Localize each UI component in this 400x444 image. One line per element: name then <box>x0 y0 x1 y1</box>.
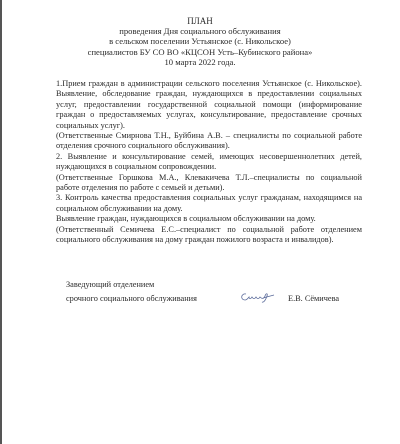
paragraph-7: (Ответственный Семичева Е.С.–специалист … <box>56 225 362 246</box>
paragraph-5: 3. Контроль качества предоставления соци… <box>56 193 362 214</box>
position-line-2: срочного социального обслуживания <box>66 294 226 304</box>
header-line-1: проведения Дня социального обслуживания <box>0 26 400 36</box>
paragraph-1: 1.Прием граждан в администрации сельског… <box>56 79 362 131</box>
signature-block: Заведующий отделением срочного социально… <box>66 280 366 304</box>
document-title: ПЛАН <box>0 16 400 26</box>
document-header: ПЛАН проведения Дня социального обслужив… <box>0 16 400 67</box>
paragraph-6: Выявление граждан, нуждающихся в социаль… <box>56 214 362 224</box>
document-page: ПЛАН проведения Дня социального обслужив… <box>0 0 400 444</box>
document-body: 1.Прием граждан в администрации сельског… <box>56 79 362 246</box>
signature-icon <box>238 290 278 304</box>
header-line-2: в сельском поселении Устьянское (с. Нико… <box>0 36 400 46</box>
paragraph-4: (Ответственные Горшкова М.А., Клевакичев… <box>56 173 362 194</box>
paragraph-3: 2. Выявление и консультирование семей, и… <box>56 152 362 173</box>
header-line-3: специалистов БУ СО ВО «КЦСОН Усть–Кубинс… <box>0 47 400 57</box>
header-line-4: 10 марта 2022 года. <box>0 57 400 67</box>
signatory-name: Е.В. Сёмичева <box>288 294 339 304</box>
position-line-1: Заведующий отделением <box>66 280 366 290</box>
paragraph-2: (Ответственные Смирнова Т.Н., Буйбина А.… <box>56 131 362 152</box>
